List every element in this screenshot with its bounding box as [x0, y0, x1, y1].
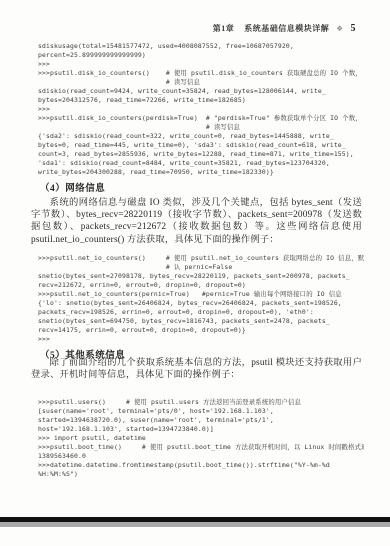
page-number: 5 — [351, 23, 357, 34]
paragraph-other-info: 除了前面介绍的几个获取系统基本信息的方法，psutil 模块还支持获取用户登录、… — [31, 357, 362, 381]
section-heading-network: （4）网络信息 — [40, 180, 105, 194]
running-header: 第1章 系统基础信息模块详解 ❖ 5 — [213, 23, 356, 34]
code-block-other-info: >>>psutil.users() # 使用 psutil.users 方法返回… — [38, 398, 364, 479]
code-block-net-io: >>>psutil.net_io_counters() # 使用 psutil.… — [38, 254, 364, 344]
paragraph-network: 系统的网络信息与磁盘 IO 类似，涉及几个关键点，包括 bytes_sent（发… — [31, 197, 362, 246]
chapter-title: 系统基础信息模块详解 — [244, 23, 329, 34]
page-bottom-edge-light — [0, 522, 390, 527]
book-page: 第1章 系统基础信息模块详解 ❖ 5 sdiskusage(total=1548… — [0, 0, 390, 546]
code-block-disk-io: sdiskusage(total=15481577472, used=40080… — [38, 42, 364, 177]
chapter-label: 第1章 — [213, 23, 235, 34]
header-ornament-icon: ❖ — [336, 24, 343, 33]
